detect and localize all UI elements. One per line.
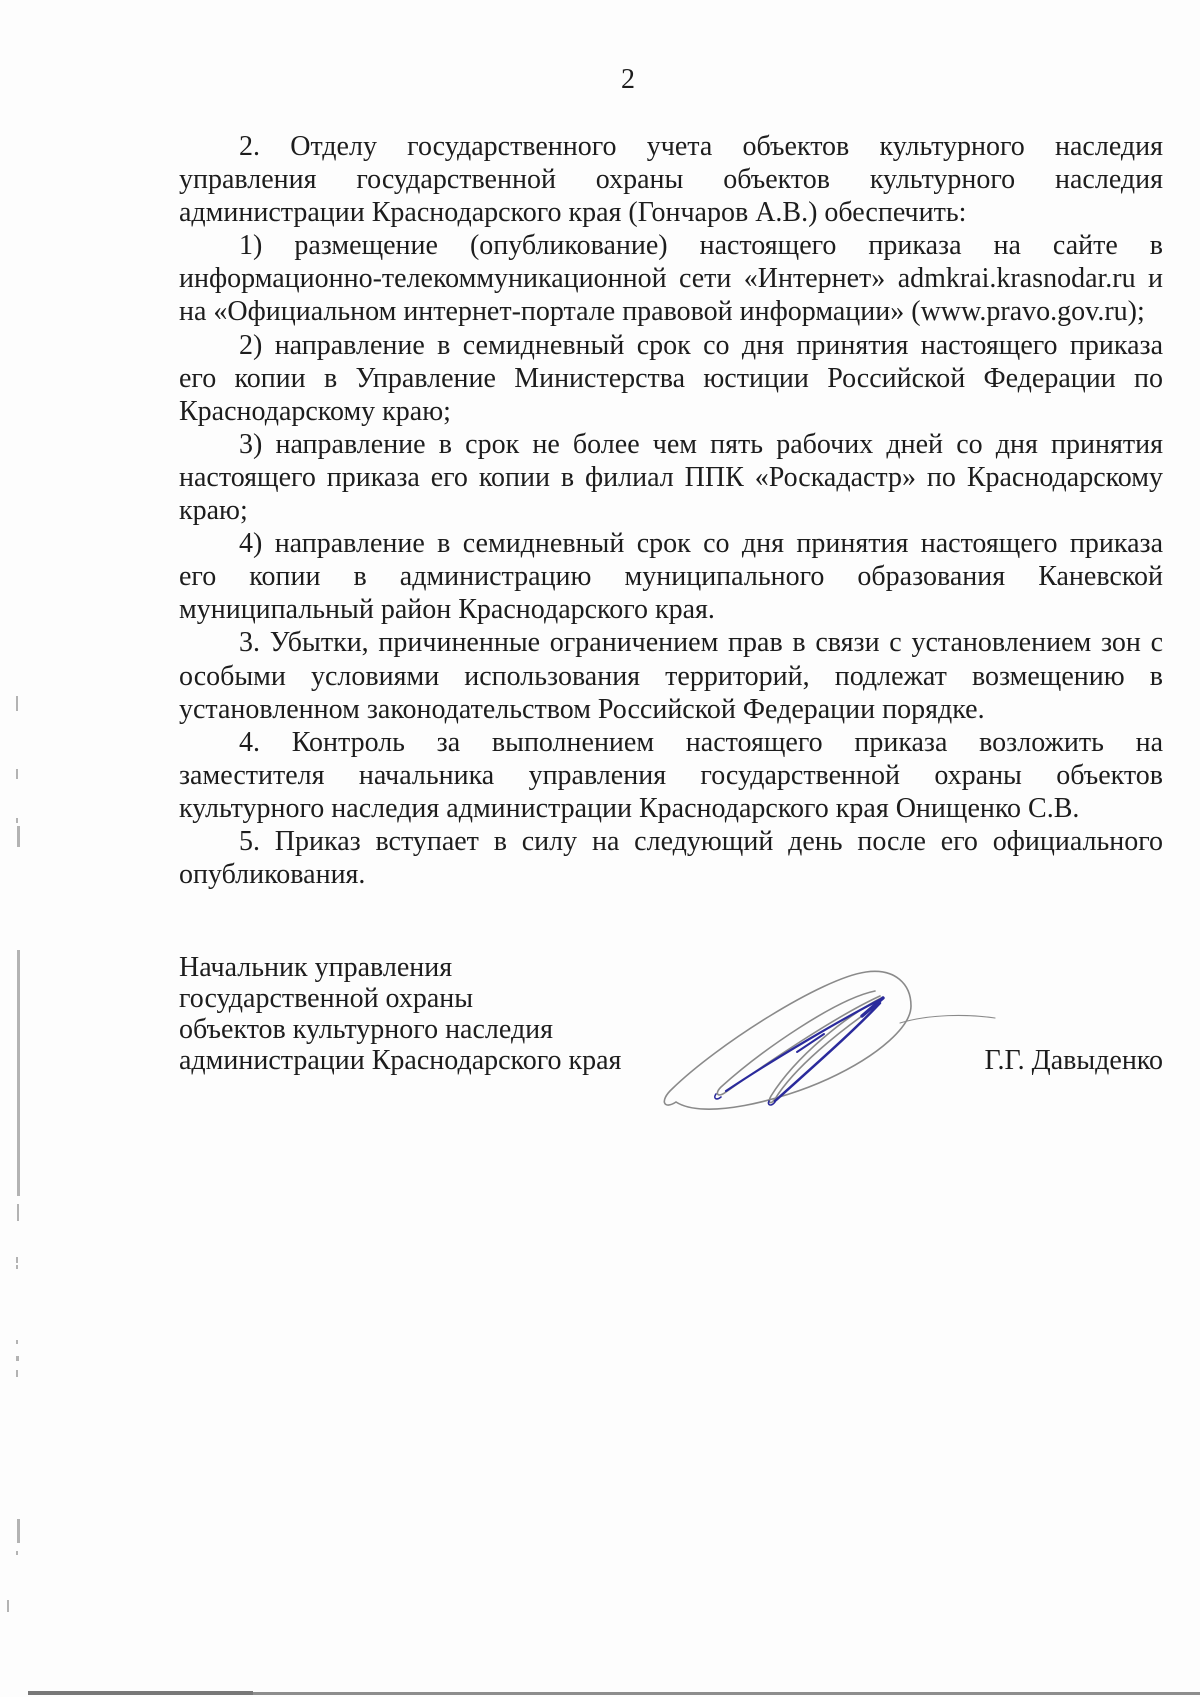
scan-artifact xyxy=(16,1370,18,1377)
text-line: 3) направление в срок не более чем пять … xyxy=(179,428,1163,461)
text-line: управления государственной охраны объект… xyxy=(179,163,1163,196)
text-line: 3. Убытки, причиненные ограничением прав… xyxy=(179,626,1163,659)
page-number: 2 xyxy=(578,63,678,96)
text-line: опубликования. xyxy=(179,858,1163,891)
text-line: 4. Контроль за выполнением настоящего пр… xyxy=(179,726,1163,759)
text-line: его копии в Управление Министерства юсти… xyxy=(179,362,1163,395)
document-body: 2. Отделу государственного учета объекто… xyxy=(179,130,1163,891)
text-line: 2) направление в семидневный срок со дня… xyxy=(179,329,1163,362)
scan-artifact xyxy=(16,1265,18,1269)
text-line: установленном законодательством Российск… xyxy=(179,693,1163,726)
text-line: администрации Краснодарского края (Гонча… xyxy=(179,196,1163,229)
scan-edge-line-dark xyxy=(28,1691,253,1695)
signature-scribble xyxy=(612,962,1002,1112)
scan-artifact xyxy=(17,826,20,847)
scan-artifact xyxy=(17,950,20,1196)
text-line: 5. Приказ вступает в силу на следующий д… xyxy=(179,825,1163,858)
scan-artifact xyxy=(7,1600,9,1612)
scan-artifact xyxy=(17,1519,20,1543)
text-line: на «Официальном интернет-портале правово… xyxy=(179,295,1163,328)
text-line: 2. Отделу государственного учета объекто… xyxy=(179,130,1163,163)
text-line: краю; xyxy=(179,494,1163,527)
text-line: культурного наследия администрации Красн… xyxy=(179,792,1163,825)
scan-artifact xyxy=(16,769,18,779)
scan-artifact xyxy=(16,1551,18,1555)
text-line: муниципальный район Краснодарского края. xyxy=(179,593,1163,626)
text-line: его копии в администрацию муниципального… xyxy=(179,560,1163,593)
text-line: 4) направление в семидневный срок со дня… xyxy=(179,527,1163,560)
text-line: особыми условиями использования территор… xyxy=(179,660,1163,693)
text-line: 1) размещение (опубликование) настоящего… xyxy=(179,229,1163,262)
text-line: настоящего приказа его копии в филиал ПП… xyxy=(179,461,1163,494)
scan-artifact xyxy=(17,1204,19,1221)
scan-artifact xyxy=(16,1257,18,1263)
scan-artifact xyxy=(16,818,18,823)
scan-artifact xyxy=(16,1340,18,1344)
scan-artifact xyxy=(16,696,18,711)
scan-artifact xyxy=(16,1356,19,1361)
text-line: информационно-телекоммуникационной сети … xyxy=(179,262,1163,295)
text-line: заместителя начальника управления госуда… xyxy=(179,759,1163,792)
text-line: Краснодарскому краю; xyxy=(179,395,1163,428)
